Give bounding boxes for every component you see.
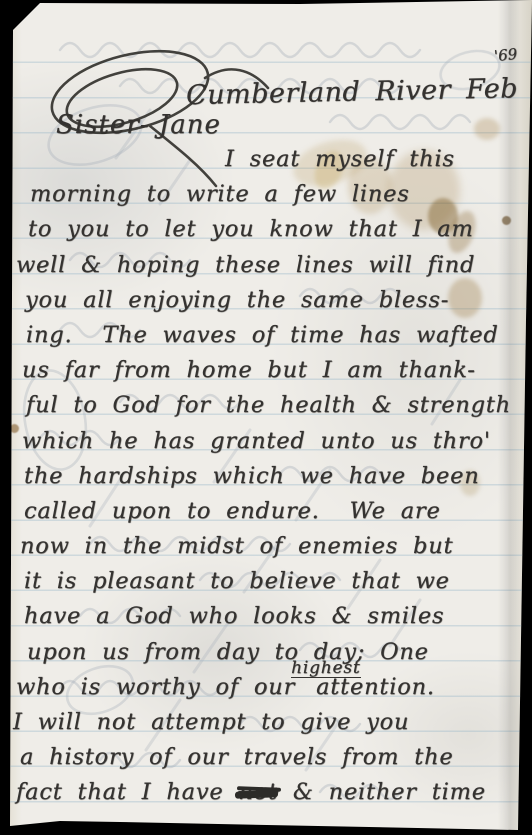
handwriting-line: you all enjoying the same bless- — [0, 283, 532, 318]
handwriting-line: I will not attempt to give you — [0, 705, 532, 740]
handwriting-line: morning to write a few lines — [0, 177, 532, 212]
handwriting-line: now in the midst of enemies but — [0, 529, 532, 564]
dateline-text: Cumberland River Feb 16 — [186, 72, 532, 111]
handwriting-line: the hardships which we have been — [0, 459, 532, 494]
handwriting-line: ing. The waves of time has wafted — [0, 318, 532, 353]
handwriting-line: upon us from day to day; One — [0, 635, 532, 670]
handwriting-line: who is worthy of ourhighest attention. — [0, 670, 532, 705]
line-text: & neither time — [278, 779, 486, 805]
line-text: who is worthy of our — [16, 674, 295, 700]
line-text: fact that I have — [16, 779, 238, 805]
handwriting-line: us far from home but I am thank- — [0, 353, 532, 388]
handwriting-line: to you to let you know that I am — [0, 212, 532, 247]
letter-page: '69 Cumberland River Feb 16th Sister- Ja… — [0, 0, 532, 835]
handwriting-line: I seat myself this — [0, 142, 532, 177]
inserted-word: highest — [291, 660, 360, 678]
handwriting-line: it is pleasant to believe that we — [0, 564, 532, 599]
handwriting-line: a history of our travels from the — [0, 740, 532, 775]
handwriting-line: have a God who looks & smiles — [0, 599, 532, 634]
handwriting-line: well & hoping these lines will find — [0, 248, 532, 283]
year-annotation: '69 — [493, 45, 518, 65]
handwriting-line: fact that I have not & neither time — [0, 775, 532, 810]
handwriting-line: which he has granted unto us thro' — [0, 424, 532, 459]
dateline: Cumberland River Feb 16th — [186, 72, 532, 111]
struck-word: not — [238, 779, 277, 805]
letter-body: I seat myself thismorning to write a few… — [0, 142, 532, 811]
salutation: Sister- Jane — [56, 110, 221, 140]
handwriting-line: ful to God for the health & strength — [0, 388, 532, 423]
handwriting-line: called upon to endure. We are — [0, 494, 532, 529]
scanned-letter: '69 Cumberland River Feb 16th Sister- Ja… — [0, 0, 532, 835]
stain — [474, 118, 500, 140]
